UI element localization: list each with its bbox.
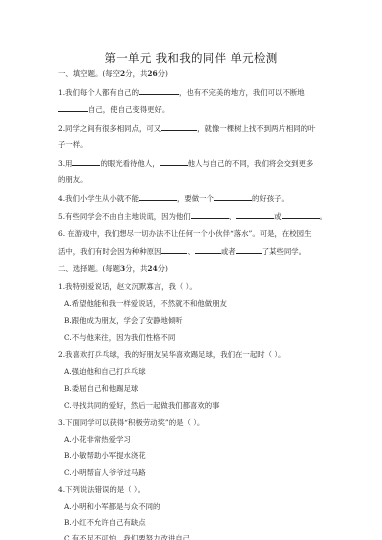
heading-text: 分，共 [125, 69, 147, 78]
fill-question-6: 6. 在游戏中，我们想尽一切办法不让任何一个小伙伴“落水”。可是，在校园生 [58, 229, 311, 239]
answer-blank[interactable] [214, 193, 252, 201]
question-text: 的好孩子。 [252, 194, 289, 203]
fill-question-4: 4.我们小学生从小就不能，要做一个的好孩子。 [58, 193, 289, 204]
fill-question-2-cont: 子一样。 [58, 140, 88, 150]
page-title: 第一单元 我和我的同伴 单元检测 [0, 50, 382, 66]
question-text: 2.同学之间有很多相同点，可又 [58, 124, 161, 133]
fill-question-1: 1.我们每个人都有自己的，也有不完美的地方，我们可以不断地 [58, 87, 305, 98]
section1-heading: 一、填空题。(每空2分，共26分) [58, 69, 168, 79]
heading-total: 24 [147, 264, 157, 273]
answer-blank[interactable] [161, 246, 187, 254]
answer-blank[interactable] [282, 211, 320, 219]
answer-blank[interactable] [236, 211, 274, 219]
answer-blank[interactable] [72, 158, 100, 166]
question-text: 的眼光看待他人， [100, 159, 159, 168]
question-text: 活中，我们有时会因为种种原因 [58, 247, 161, 256]
section2-heading: 二、选择题。(每题3分，共24分) [58, 264, 168, 274]
choice-option-a[interactable]: A.强迫他和自己打乒乓球 [64, 367, 146, 377]
choice-option-c[interactable]: C.不与他来往，因为我们性格不同 [64, 333, 175, 343]
question-text: 了某些同学。 [262, 247, 306, 256]
heading-text: 分) [158, 69, 168, 78]
fill-question-2: 2.同学之间有很多相同点，可又，就像一棵树上找不到两片相同的叶 [58, 123, 315, 134]
question-text: 3.用 [58, 159, 72, 168]
choice-option-a[interactable]: A.小花非常热爱学习 [64, 435, 131, 445]
question-text: 他人与自己的不同，我们将会交到更多 [188, 159, 314, 168]
choice-question-3: 3.下面同学可以获得“积极劳动奖”的是（ ）。 [58, 418, 204, 428]
fill-question-3-cont: 的朋友。 [58, 175, 88, 185]
question-text: 或者 [221, 247, 236, 256]
question-text: ，也有不完美的地方，我们可以不断地 [179, 88, 305, 97]
choice-option-c[interactable]: C.小明帮盲人爷爷过马路 [64, 468, 146, 478]
choice-option-a[interactable]: A.小明和小军都是与众不同的 [64, 502, 160, 512]
heading-text: 分) [158, 264, 168, 273]
choice-option-c[interactable]: C.有不足不可怕，我们要努力改进自己 [64, 534, 190, 540]
question-text: 自己，使自己变得更好。 [88, 105, 169, 114]
fill-question-6-cont: 活中，我们有时会因为种种原因、或者了某些同学。 [58, 246, 306, 257]
heading-text: 一、填空题。(每空 [58, 69, 120, 78]
answer-blank[interactable] [236, 246, 262, 254]
worksheet-page: 第一单元 我和我的同伴 单元检测 一、填空题。(每空2分，共26分) 1.我们每… [0, 0, 382, 540]
fill-question-5: 5.有些同学会不由自主地说谎，因为他们、或。 [58, 211, 327, 222]
question-text: 5.有些同学会不由自主地说谎，因为他们 [58, 212, 191, 221]
question-text: 、 [229, 212, 236, 221]
choice-option-a[interactable]: A.希望他能和我一样爱说话，不然就不和他做朋友 [64, 299, 227, 309]
choice-option-b[interactable]: B.小敏帮助小军提水浇花 [64, 451, 146, 461]
question-text: 。 [320, 212, 327, 221]
heading-text: 分，共 [125, 264, 147, 273]
choice-option-c[interactable]: C.寻找共同的爱好，然后一起做我们都喜欢的事 [64, 401, 220, 411]
question-text: 4.我们小学生从小就不能 [58, 194, 139, 203]
choice-option-b[interactable]: B.小红不允许自己有缺点 [64, 518, 146, 528]
answer-blank[interactable] [161, 123, 197, 131]
heading-total: 26 [147, 69, 157, 78]
choice-question-1: 1.我特别爱说话，赵文沉默寡言，我（ ）。 [58, 282, 197, 292]
fill-question-3: 3.用的眼光看待他人，他人与自己的不同，我们将会交到更多 [58, 158, 313, 169]
answer-blank[interactable] [191, 211, 229, 219]
answer-blank[interactable] [58, 104, 88, 112]
question-text: 1.我们每个人都有自己的 [58, 88, 139, 97]
answer-blank[interactable] [139, 87, 179, 95]
answer-blank[interactable] [139, 193, 177, 201]
choice-option-b[interactable]: B.跟他成为朋友，学会了安静地倾听 [64, 316, 183, 326]
question-text: 、 [187, 247, 194, 256]
question-text: ，就像一棵树上找不到两片相同的叶 [197, 124, 315, 133]
question-text: ，要做一个 [177, 194, 214, 203]
answer-blank[interactable] [195, 246, 221, 254]
answer-blank[interactable] [160, 158, 188, 166]
question-text: 或 [274, 212, 281, 221]
choice-question-2: 2.我喜欢打乒乓球，我的好朋友吴华喜欢踢足球，我们在一起时（ ）。 [58, 350, 285, 360]
fill-question-1-cont: 自己，使自己变得更好。 [58, 104, 169, 115]
choice-question-4: 4.下列说法错误的是（ ）。 [58, 485, 145, 495]
heading-text: 二、选择题。(每题 [58, 264, 120, 273]
choice-option-b[interactable]: B.委屈自己和他踢足球 [64, 384, 138, 394]
